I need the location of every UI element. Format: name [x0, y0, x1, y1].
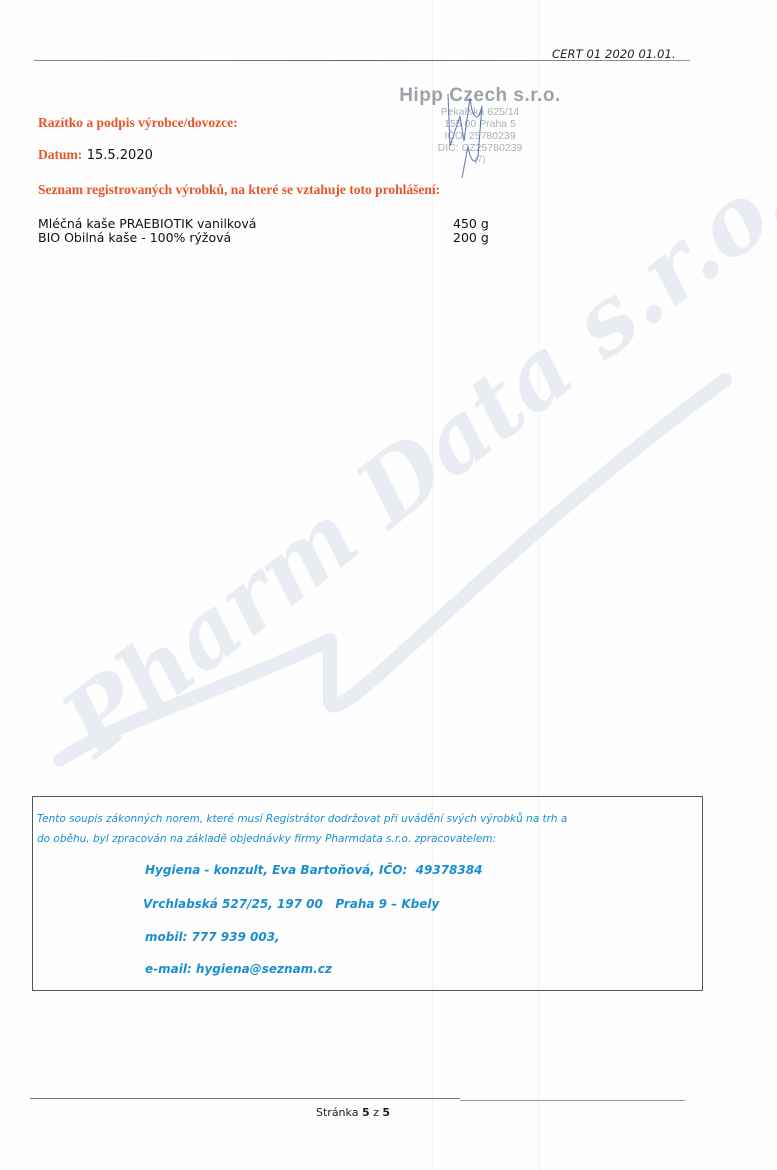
- product-weight: 450 g: [453, 217, 489, 231]
- page-prefix: Stránka: [316, 1106, 358, 1119]
- processor-email: e-mail: hygiena@seznam.cz: [145, 962, 332, 976]
- processor-info-box: Tento soupis zákonných norem, které musí…: [32, 796, 703, 991]
- stamp-number: (7): [375, 154, 585, 164]
- page-number: Stránka 5 z 5: [316, 1106, 390, 1119]
- products-heading: Seznam registrovaných výrobků, na které …: [38, 182, 440, 198]
- date-value: 15.5.2020: [87, 148, 153, 163]
- processor-mobile: mobil: 777 939 003,: [145, 930, 280, 944]
- page-current: 5: [362, 1106, 370, 1119]
- page-total: 5: [382, 1106, 390, 1119]
- footer-divider: [460, 1100, 685, 1101]
- product-row: Mléčná kaše PRAEBIOTIK vanilková 450 g: [38, 217, 518, 231]
- page-separator: z: [373, 1106, 379, 1119]
- stamp-ico: IČO: 25780239: [375, 130, 585, 142]
- product-row: BIO Obilná kaše - 100% rýžová 200 g: [38, 231, 518, 245]
- stamp-signature-label-row: Razítko a podpis výrobce/dovozce:: [38, 114, 238, 132]
- product-name: Mléčná kaše PRAEBIOTIK vanilková: [38, 217, 256, 231]
- processor-intro-line: Tento soupis zákonných norem, které musí…: [37, 809, 705, 829]
- stamp-signature-label: Razítko a podpis výrobce/dovozce:: [38, 115, 238, 130]
- stamp-street: Pekařská 625/14: [375, 106, 585, 118]
- date-row: Datum: 15.5.2020: [38, 146, 153, 164]
- company-stamp: Hipp Czech s.r.o. Pekařská 625/14 155 00…: [375, 86, 585, 186]
- footer-divider: [30, 1098, 460, 1099]
- date-label: Datum:: [38, 147, 82, 162]
- product-weight: 200 g: [453, 231, 489, 245]
- product-list: Mléčná kaše PRAEBIOTIK vanilková 450 g B…: [38, 217, 518, 245]
- header-divider: [34, 60, 690, 61]
- processor-name: Hygiena - konzult, Eva Bartoňová, IČO: 4…: [145, 863, 482, 877]
- processor-intro-line: do oběhu, byl zpracován na základě objed…: [37, 829, 705, 849]
- document-page: Pharm Data s.r.o. CERT 01 2020 01.01. Hi…: [0, 0, 777, 1170]
- processor-intro: Tento soupis zákonných norem, které musí…: [37, 809, 705, 849]
- stamp-city: 155 00 Praha 5: [375, 118, 585, 130]
- product-name: BIO Obilná kaše - 100% rýžová: [38, 231, 231, 245]
- stamp-company: Hipp Czech s.r.o.: [375, 86, 585, 106]
- processor-address: Vrchlabská 527/25, 197 00 Praha 9 – Kbel…: [143, 897, 439, 911]
- document-reference: CERT 01 2020 01.01.: [552, 47, 676, 61]
- stamp-dic: DIČ: CZ25780239: [375, 142, 585, 154]
